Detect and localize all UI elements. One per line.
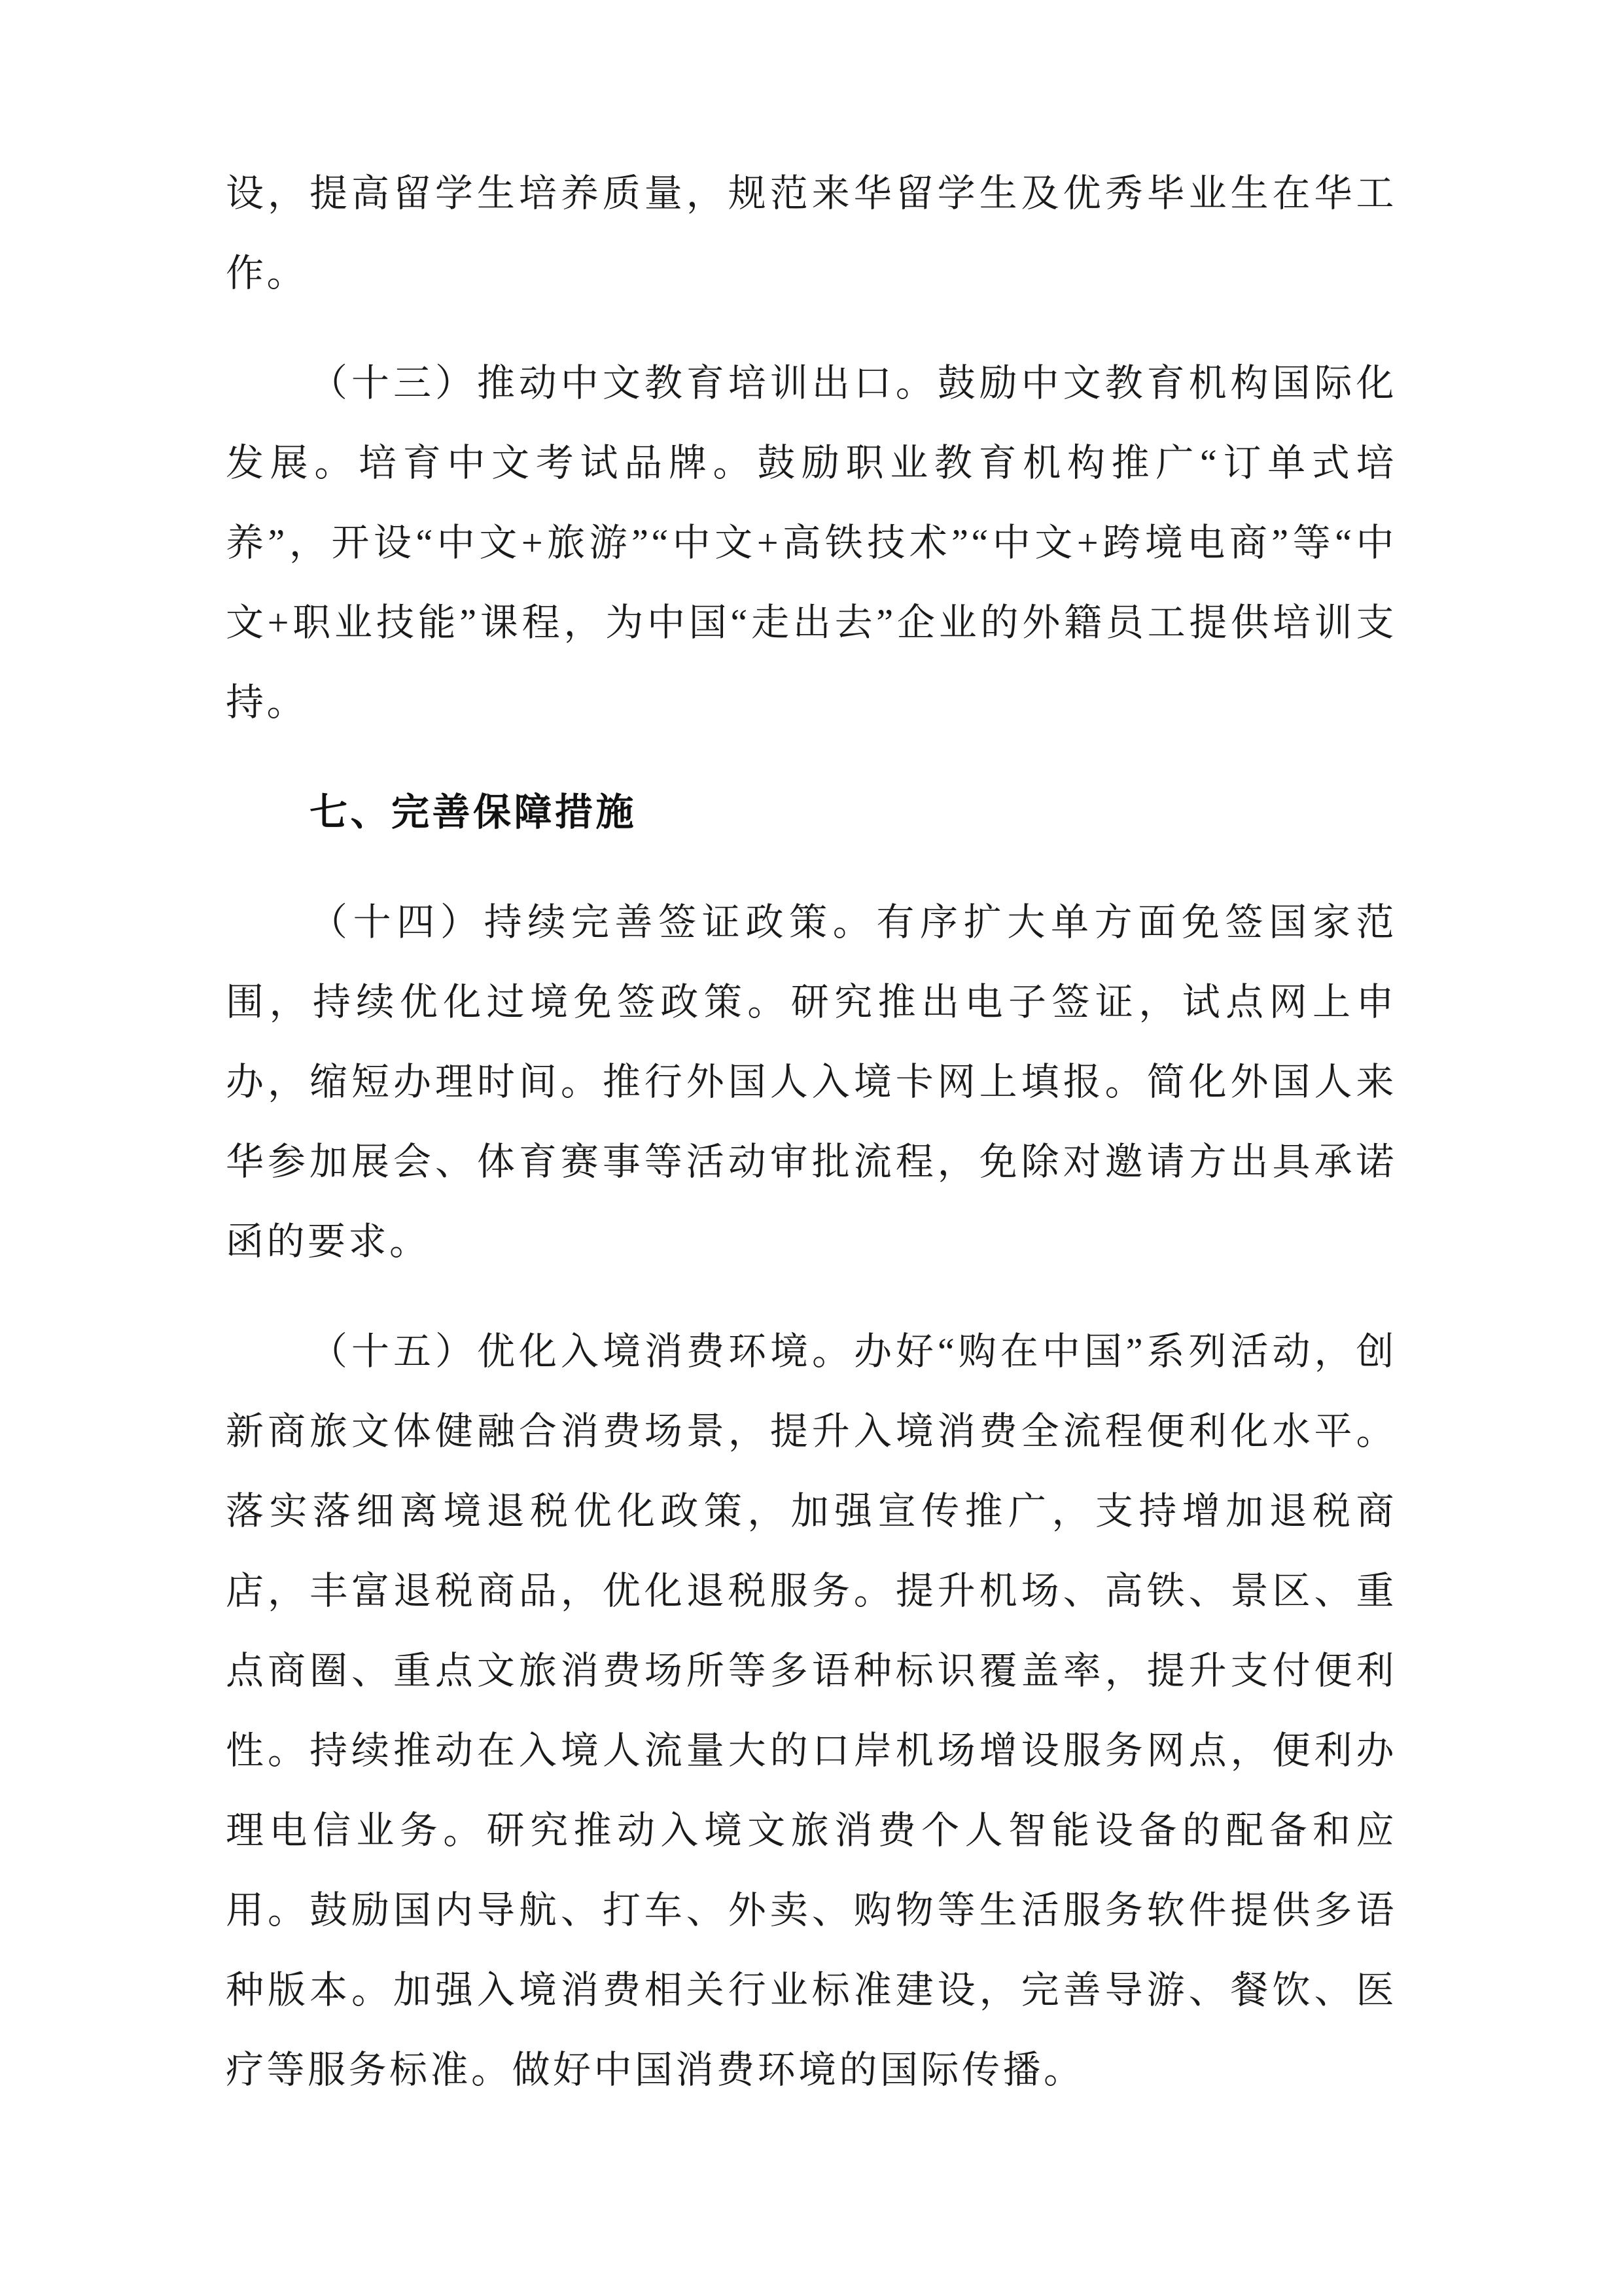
paragraph-item-15: （十五）优化入境消费环境。办好“购在中国”系列活动，创新商旅文体健融合消费场景，… xyxy=(226,1312,1397,2110)
paragraph-continuation: 设，提高留学生培养质量，规范来华留学生及优秀毕业生在华工作。 xyxy=(226,154,1397,313)
paragraph-item-14: （十四）持续完善签证政策。有序扩大单方面免签国家范围，持续优化过境免签政策。研究… xyxy=(226,883,1397,1282)
document-page: 设，提高留学生培养质量，规范来华留学生及优秀毕业生在华工作。 （十三）推动中文教… xyxy=(0,0,1622,2296)
paragraph-item-13: （十三）推动中文教育培训出口。鼓励中文教育机构国际化发展。培育中文考试品牌。鼓励… xyxy=(226,344,1397,743)
section-heading-7: 七、完善保障措施 xyxy=(226,773,1397,853)
